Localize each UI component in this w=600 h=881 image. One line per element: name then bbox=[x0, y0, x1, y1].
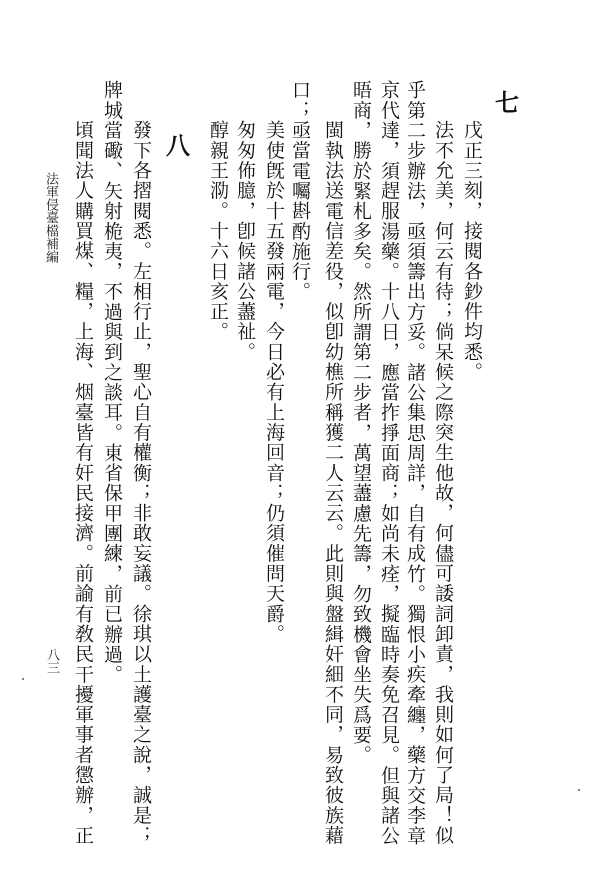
text-column: 法不允美，何云有待；倘呆候之際突生他故，何儘可諉詞卸責，我則如何了局！似 bbox=[431, 120, 455, 845]
page-number: 八三 bbox=[43, 648, 59, 674]
text-column: 京代達，須趕服湯藥。十八日，應當拃掙面商；如尚未痊，擬臨時奏免召見。但與諸公 bbox=[377, 80, 401, 846]
scan-speck bbox=[22, 678, 24, 680]
text-column: 匆匆佈臆，卽候諸公藎祉。 bbox=[233, 120, 257, 362]
text-column: 乎第二步辦法，亟須籌出方妥。諸公集思周詳，自有成竹。獨恨小疾牽纏，藥方交李章 bbox=[403, 80, 427, 846]
text-column: 口；亟當電囑斟酌施行。 bbox=[288, 80, 312, 302]
text-column: 頃聞法人購買煤、糧，上海、烟臺皆有奸民接濟。前諭有敎民干擾軍事者懲辦，正 bbox=[71, 120, 95, 845]
document-page: 七 戊正三刻，接閱各鈔件均悉。 法不允美，何云有待；倘呆候之際突生他故，何儘可諉… bbox=[0, 0, 600, 881]
text-column: 閩執法送電信差役，似卽幼樵所稱獲二人云云。此則與盤緝奸細不同，易致彼族藉 bbox=[321, 120, 345, 845]
running-head: 法軍侵臺檔補編 bbox=[42, 172, 58, 263]
text-column: 發下各摺閱悉。左相行止，聖心自有權衡；非敢妄議。徐琪以土護臺之說，誠是； bbox=[129, 120, 153, 845]
section-number-8: 八 bbox=[163, 131, 193, 161]
text-column: 戊正三刻，接閱各鈔件均悉。 bbox=[460, 120, 484, 382]
text-column: 牌城當礮、矢射桅夷，不過與到之談耳。東省保甲團練，前已辦過。 bbox=[100, 80, 124, 685]
scan-speck bbox=[578, 789, 580, 791]
text-column: 晤商，勝於緊札多矣。然所謂第二步者，萬望藎慮先籌，勿致機會坐失爲要。 bbox=[349, 80, 373, 765]
text-column: 美使旣於十五發兩電，今日必有上海回音；仍須催問天爵。 bbox=[262, 120, 286, 644]
section-number-7: 七 bbox=[492, 88, 522, 118]
text-column: 醇親王泐。十六日亥正。 bbox=[206, 120, 230, 342]
